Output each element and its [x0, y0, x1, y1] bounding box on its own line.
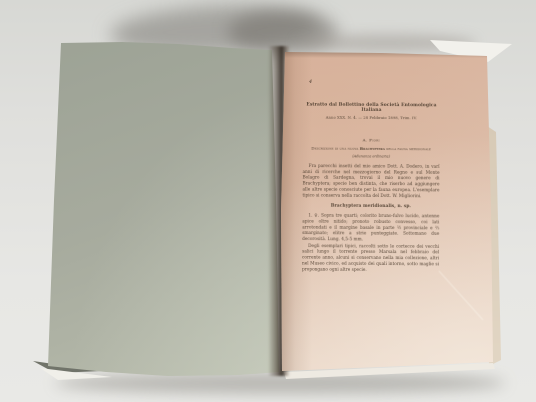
paragraph-2: 1. ♀. Sopra tre quarti; colorito bruno-f… — [302, 213, 439, 243]
species-line: Brachyptera meridionalis, n. sp. — [302, 203, 439, 209]
session-note: (Adunanza ordinaria) — [303, 154, 440, 159]
page-number-mark: 4 — [309, 79, 323, 85]
species-name-title: Brachyptera — [360, 146, 385, 151]
author-name: A. Fiori — [303, 137, 440, 143]
paragraph-3: Degli esemplari tipici, raccolti sotto l… — [302, 243, 439, 273]
extract-header: Estratto dal Bollettino della Società En… — [303, 102, 440, 113]
printed-text-block: Estratto dal Bollettino della Società En… — [302, 102, 440, 276]
article-title-pre: Descrizione di una nuova — [311, 146, 359, 151]
article-title-post: della fauna meridionale — [385, 146, 431, 151]
book-photo: 4 Estratto dal Bollettino della Società … — [0, 0, 536, 402]
issue-line: Anno XXX. N. 4. — 28 Febbraio 1898, Trim… — [303, 115, 440, 120]
article-title: Descrizione di una nuova Brachyptera del… — [303, 146, 440, 151]
paragraph-1: Fra parecchi insetti del mio amico Dott.… — [302, 163, 439, 199]
